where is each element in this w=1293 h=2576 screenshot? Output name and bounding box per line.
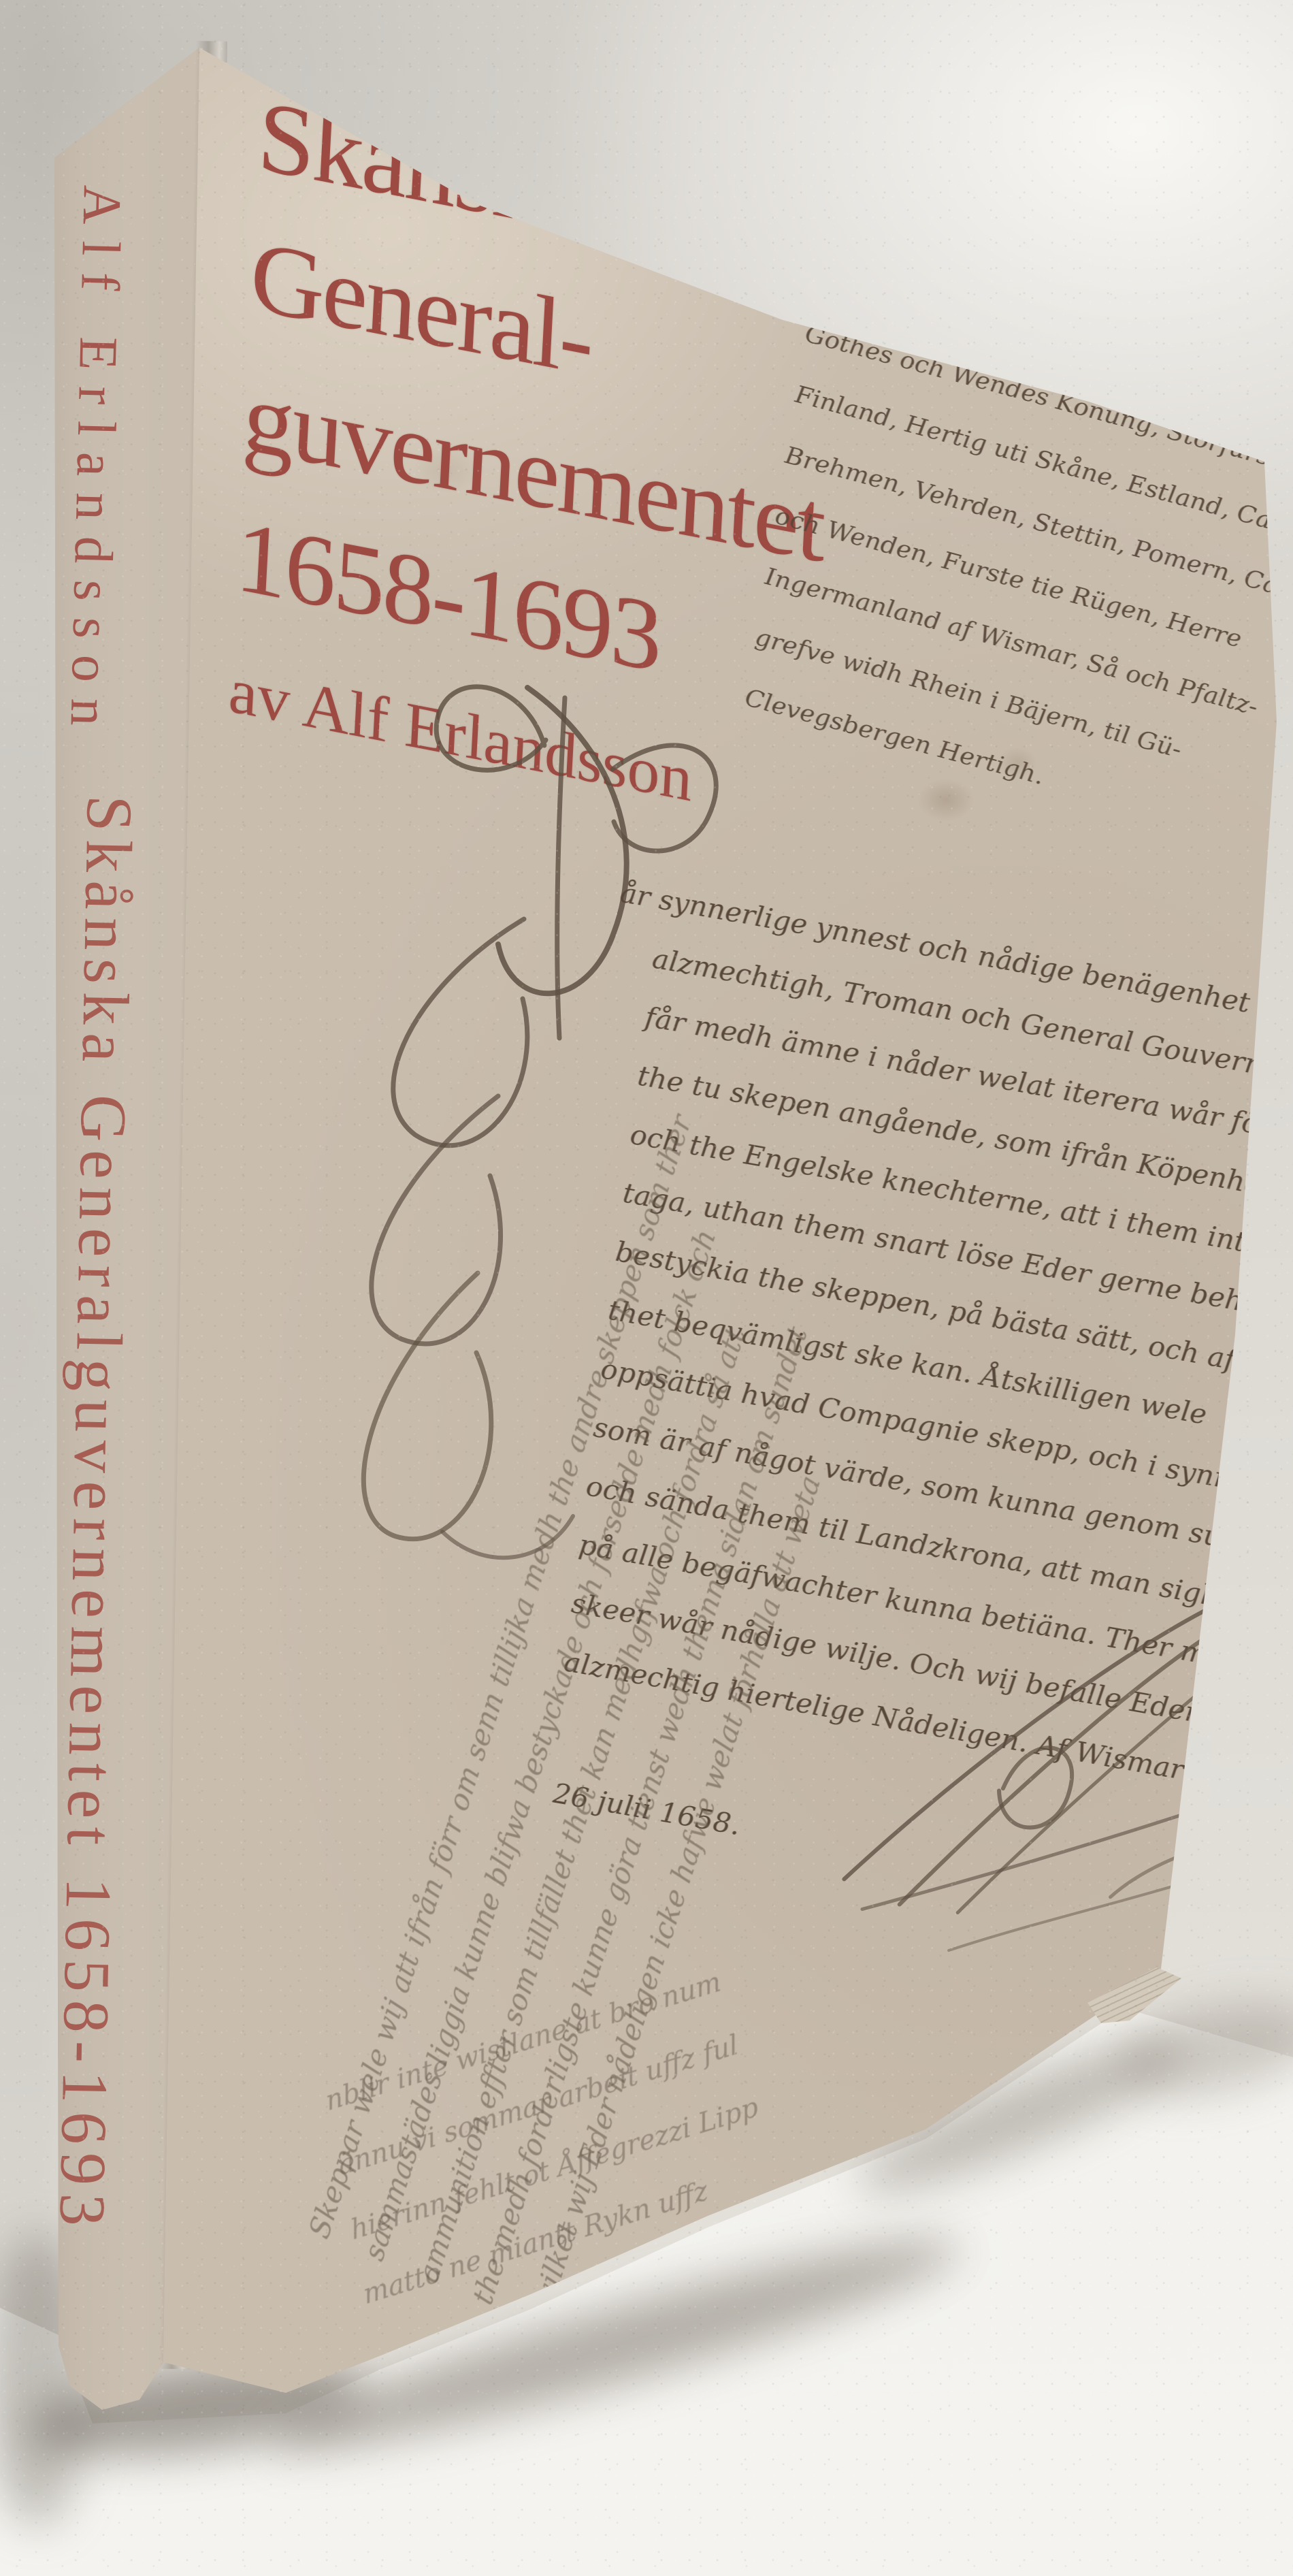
spine-author-text: Alf Erlandsson xyxy=(54,184,133,853)
